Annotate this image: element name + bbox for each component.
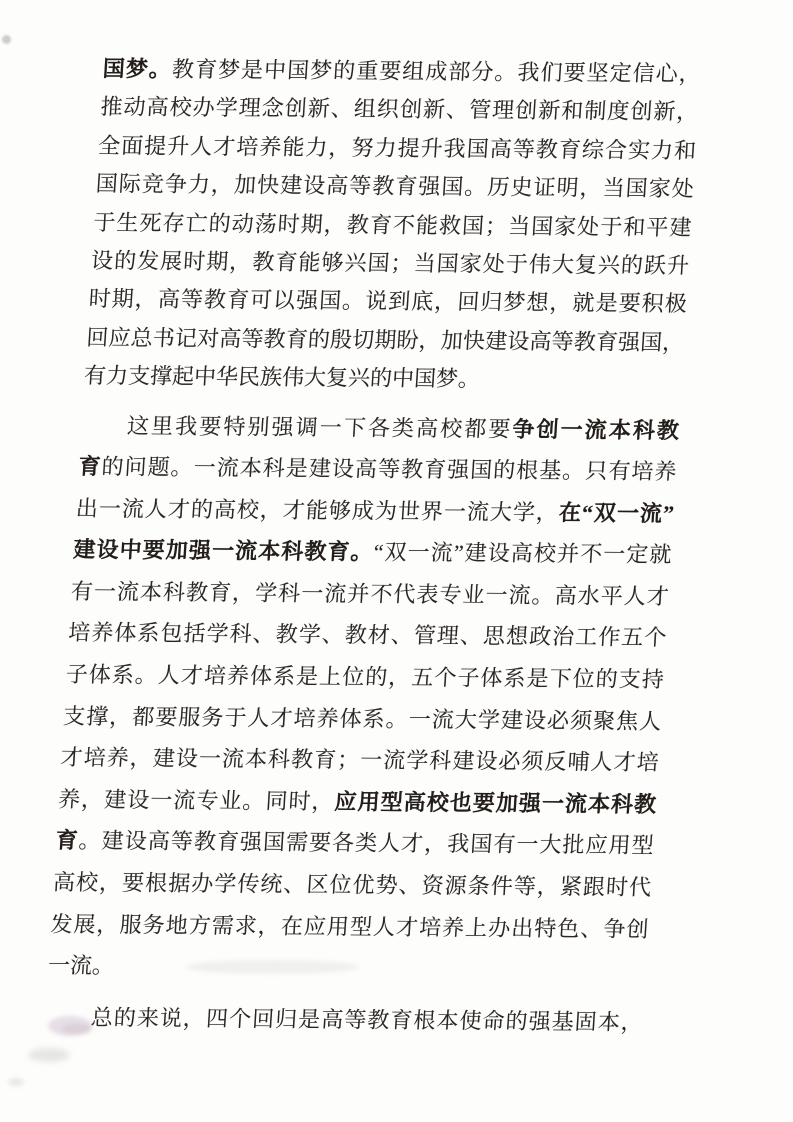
text-line: 于生死存亡的动荡时期，教育不能救国；当国家处于和平建 bbox=[92, 203, 692, 247]
paragraph-2: 这里我要特别强调一下各类高校都要争创一流本科教 育的问题。一流本科是建设高等教育… bbox=[47, 404, 681, 991]
text-line: 全面提升人才培养能力，努力提升我国高等教育综合实力和 bbox=[97, 127, 697, 171]
text-run: 设的发展时期，教育能够兴国；当国家处于伟大复兴的跃升 bbox=[90, 248, 690, 278]
text-line: 设的发展时期，教育能够兴国；当国家处于伟大复兴的跃升 bbox=[90, 242, 690, 286]
text-line: 高校，要根据办学传统、区位优势、资源条件等，紧跟时代 bbox=[52, 862, 653, 909]
text-run: 培养体系包括学科、教学、教材、管理、思想政治工作五个 bbox=[68, 620, 668, 650]
paragraph-3: 总的来说，四个回归是高等教育根本使命的强基固本， bbox=[44, 996, 645, 1043]
text-line: 国梦。教育梦是中国梦的重要组成部分。我们要坚定信心， bbox=[102, 50, 702, 94]
text-line: 回应总书记对高等教育的殷切期盼，加快建设高等教育强国， bbox=[85, 319, 685, 363]
text-line: 支撑，都要服务于人才培养体系。一流大学建设必须聚焦人 bbox=[62, 695, 663, 742]
bold-text-run: 应用型高校也要加强一流本科教 bbox=[334, 789, 657, 817]
text-run: 全面提升人才培养能力，努力提升我国高等教育综合实力和 bbox=[97, 133, 697, 163]
bold-text-run: 育 bbox=[55, 828, 80, 853]
text-line: 国际竞争力，加快建设高等教育强国。历史证明，当国家处 bbox=[95, 165, 695, 209]
text-line: 才培养，建设一流本科教育；一流学科建设必须反哺人才培 bbox=[59, 737, 660, 784]
text-line: 建设中要加强一流本科教育。“双一流”建设高校并不一定就 bbox=[72, 529, 673, 576]
text-line: 一流。 bbox=[47, 945, 648, 992]
text-line: 育。建设高等教育强国需要各类人才，我国有一大批应用型 bbox=[54, 820, 655, 867]
text-line: 总的来说，四个回归是高等教育根本使命的强基固本， bbox=[44, 996, 645, 1043]
text-run: 。建设高等教育强国需要各类人才，我国有一大批应用型 bbox=[78, 828, 654, 858]
bold-text-run: 在“双一流” bbox=[558, 500, 675, 526]
document-text-block: 国梦。教育梦是中国梦的重要组成部分。我们要坚定信心， 推动高校办学理念创新、组织… bbox=[44, 50, 702, 1043]
text-run: 教育梦是中国梦的重要组成部分。我们要坚定信心， bbox=[171, 57, 701, 87]
text-line: 有一流本科教育，学科一流并不代表专业一流。高水平人才 bbox=[70, 571, 671, 618]
text-run: 支撑，都要服务于人才培养体系。一流大学建设必须聚焦人 bbox=[63, 703, 663, 733]
text-run: 时期，高等教育可以强国。说到底，回归梦想，就是要积极 bbox=[88, 286, 688, 316]
text-run: 推动高校办学理念创新、组织创新、管理创新和制度创新， bbox=[100, 94, 700, 124]
text-run: 子体系。人才培养体系是上位的，五个子体系是下位的支持 bbox=[65, 662, 665, 692]
text-run: 有一流本科教育，学科一流并不代表专业一流。高水平人才 bbox=[70, 579, 670, 609]
text-line: 育的问题。一流本科是建设高等教育强国的根基。只有培养 bbox=[77, 446, 678, 493]
text-run: 国际竞争力，加快建设高等教育强国。历史证明，当国家处 bbox=[95, 171, 695, 201]
text-run: 总的来说，四个回归是高等教育根本使命的强基固本， bbox=[90, 1005, 644, 1035]
text-run: 养，建设一流专业。同时， bbox=[57, 786, 335, 813]
text-line: 子体系。人才培养体系是上位的，五个子体系是下位的支持 bbox=[65, 654, 666, 701]
bold-text-run: 国梦。 bbox=[102, 56, 173, 82]
scan-artifact bbox=[2, 35, 11, 44]
text-run: 这里我要特别强调一下各类高校都要 bbox=[126, 413, 513, 441]
text-run: 有力支撑起中华民族伟大复兴的中国梦。 bbox=[83, 363, 481, 391]
text-line: 有力支撑起中华民族伟大复兴的中国梦。 bbox=[83, 357, 683, 401]
scanned-page: 国梦。教育梦是中国梦的重要组成部分。我们要坚定信心， 推动高校办学理念创新、组织… bbox=[0, 0, 793, 1122]
text-line: 培养体系包括学科、教学、教材、管理、思想政治工作五个 bbox=[67, 612, 668, 659]
text-run: “双一流”建设高校并不一定就 bbox=[373, 540, 672, 568]
text-line: 养，建设一流专业。同时，应用型高校也要加强一流本科教 bbox=[57, 778, 658, 825]
bold-text-run: 争创一流本科教 bbox=[512, 416, 680, 442]
paragraph-1: 国梦。教育梦是中国梦的重要组成部分。我们要坚定信心， 推动高校办学理念创新、组织… bbox=[83, 50, 702, 401]
text-line: 出一流人才的高校，才能够成为世界一流大学，在“双一流” bbox=[75, 487, 676, 534]
scan-artifact bbox=[8, 1078, 24, 1086]
text-line: 时期，高等教育可以强国。说到底，回归梦想，就是要积极 bbox=[88, 280, 688, 324]
bold-text-run: 建设中要加强一流本科教育。 bbox=[73, 537, 375, 565]
text-line: 这里我要特别强调一下各类高校都要争创一流本科教 bbox=[80, 404, 681, 451]
text-line: 发展，服务地方需求，在应用型人才培养上办出特色、争创 bbox=[49, 903, 650, 950]
text-line: 推动高校办学理念创新、组织创新、管理创新和制度创新， bbox=[99, 88, 699, 132]
text-run: 发展，服务地方需求，在应用型人才培养上办出特色、争创 bbox=[50, 911, 650, 941]
text-run: 于生死存亡的动荡时期，教育不能救国；当国家处于和平建 bbox=[93, 209, 693, 239]
text-run: 一流。 bbox=[47, 953, 115, 979]
text-run: 高校，要根据办学传统、区位优势、资源条件等，紧跟时代 bbox=[52, 870, 652, 900]
scan-artifact bbox=[28, 1048, 70, 1062]
text-run: 才培养，建设一流本科教育；一流学科建设必须反哺人才培 bbox=[60, 745, 660, 775]
text-run: 出一流人才的高校，才能够成为世界一流大学， bbox=[75, 495, 559, 524]
bold-text-run: 育 bbox=[78, 454, 103, 479]
text-run: 的问题。一流本科是建设高等教育强国的根基。只有培养 bbox=[101, 454, 677, 484]
text-run: 回应总书记对高等教育的殷切期盼，加快建设高等教育强国， bbox=[86, 325, 686, 355]
